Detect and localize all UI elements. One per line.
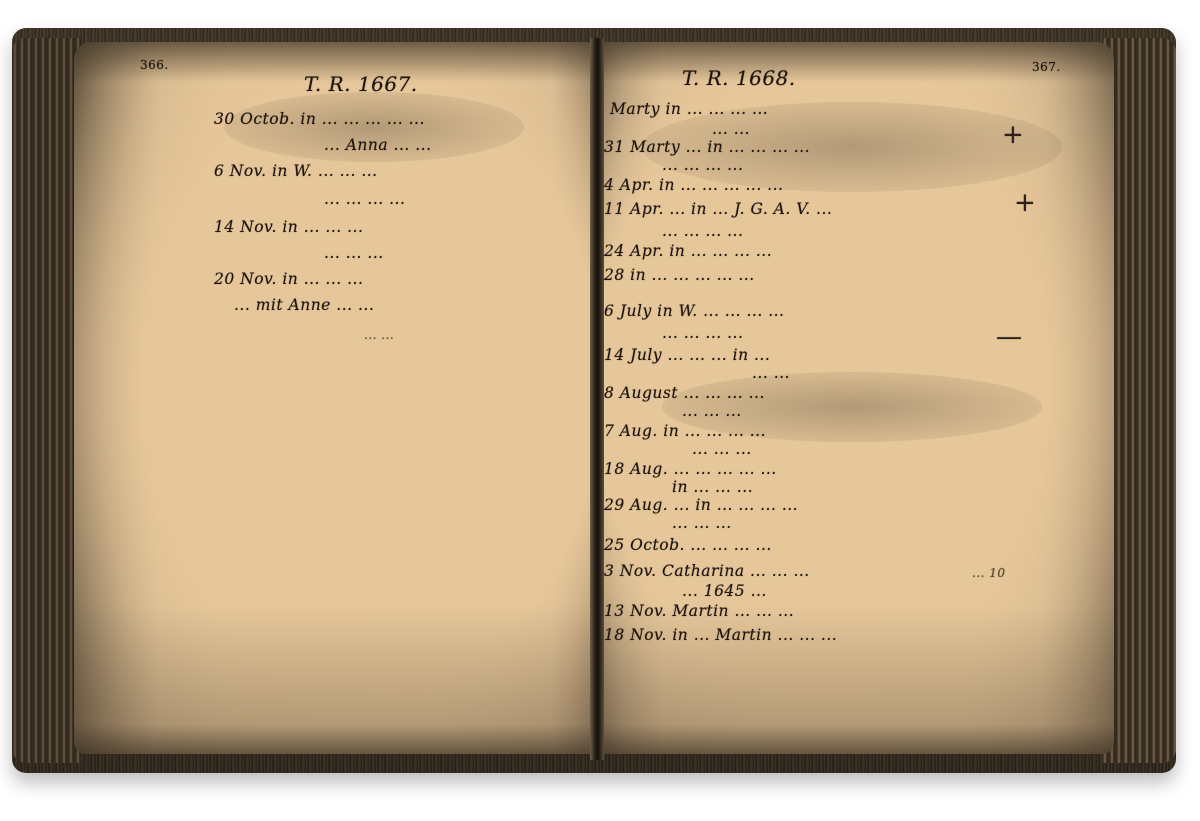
entry-text: ... in ... ... ... ... [674, 496, 798, 514]
entry-date: 29 Aug. [604, 496, 668, 514]
entry-date: 8 August [604, 384, 678, 402]
entry-text: ... in ... J. G. A. V. ... [669, 200, 832, 218]
right-page: 367. T. R. 1668. Marty in ... ... ... ..… [602, 42, 1114, 754]
entry-text: in ... ... ... ... [669, 242, 772, 260]
entry-text: ... ... [712, 120, 750, 138]
entry-text: ... in ... ... ... ... [686, 138, 810, 156]
left-page-header: T. R. 1667. [304, 72, 418, 96]
entry-date: 28 [604, 266, 625, 284]
entry-text: in ... ... ... [282, 270, 363, 288]
left-page: 366. T. R. 1667. 30 Octob. in ... ... ..… [74, 42, 592, 754]
entry-date: 4 Apr. [604, 176, 654, 194]
entry-text: ... ... ... [692, 440, 752, 458]
entry-text: ... ... ... ... ... [674, 460, 777, 478]
entry-text: ... ... ... [672, 514, 732, 532]
right-page-number: 367. [1032, 60, 1061, 74]
entry-date: 18 Aug. [604, 460, 668, 478]
entry-date: 13 Nov. [604, 602, 667, 620]
entry-text: in W. ... ... ... ... [657, 302, 784, 320]
entry-date: 18 Nov. [604, 626, 667, 644]
margin-note: ... 10 [972, 566, 1006, 580]
entry-text: ... ... ... ... [684, 384, 765, 402]
entry-text: ... ... ... ... [662, 156, 743, 174]
page-block-left-edge [12, 38, 82, 763]
open-book: 366. T. R. 1667. 30 Octob. in ... ... ..… [12, 28, 1176, 773]
entry-text: ... ... ... [324, 244, 384, 262]
entry-date: 25 Octob. [604, 536, 685, 554]
entry-date: 6 July [604, 302, 652, 320]
entry-text: Martin ... ... ... [672, 602, 794, 620]
entry-date: 7 Aug. [604, 422, 658, 440]
entry-text: ... ... ... ... [662, 324, 743, 342]
entry-date: 6 Nov. [214, 162, 267, 180]
entry-text: ... mit Anne ... ... [234, 296, 374, 314]
entry-text: Catharina ... ... ... [662, 562, 810, 580]
entry-date: 31 Marty [604, 138, 680, 156]
book-gutter [590, 38, 604, 760]
left-page-number: 366. [140, 58, 169, 72]
entry-date: 24 Apr. [604, 242, 664, 260]
entry-text: ... ... ... in ... [668, 346, 771, 364]
entry-text: ... ... [752, 364, 790, 382]
entry-text: ... Anna ... ... [324, 136, 432, 154]
right-page-header: T. R. 1668. [682, 66, 796, 90]
entry-text: in ... ... ... [282, 218, 363, 236]
margin-cross-mark: + [1014, 188, 1036, 218]
entry-text: ... 1645 ... [682, 582, 767, 600]
entry-text: in ... ... ... ... ... [630, 266, 754, 284]
entry-date: Marty [610, 100, 660, 118]
entry-text: in ... ... ... ... ... [659, 176, 783, 194]
entry-text: ... ... ... ... [662, 222, 743, 240]
entry-date: 20 Nov. [214, 270, 277, 288]
entry-text: in ... ... ... ... [663, 422, 766, 440]
entry-text: ... ... ... ... [324, 190, 405, 208]
entry-text: ... ... ... [682, 402, 742, 420]
entry-date: 14 July [604, 346, 662, 364]
left-page-note: ... ... [364, 328, 394, 342]
entry-text: in ... ... ... [672, 478, 753, 496]
entry-date: 3 Nov. [604, 562, 657, 580]
margin-cross-mark: + [1002, 120, 1024, 150]
entry-text: in ... ... ... ... ... [300, 110, 424, 128]
margin-dash-mark: — [996, 322, 1023, 352]
entry-text: in ... Martin ... ... ... [672, 626, 837, 644]
entry-text: in ... ... ... ... [665, 100, 768, 118]
entry-text: in W. ... ... ... [272, 162, 378, 180]
entry-date: 30 Octob. [214, 110, 295, 128]
entry-date: 14 Nov. [214, 218, 277, 236]
entry-date: 11 Apr. [604, 200, 664, 218]
entry-text: ... ... ... ... [690, 536, 771, 554]
